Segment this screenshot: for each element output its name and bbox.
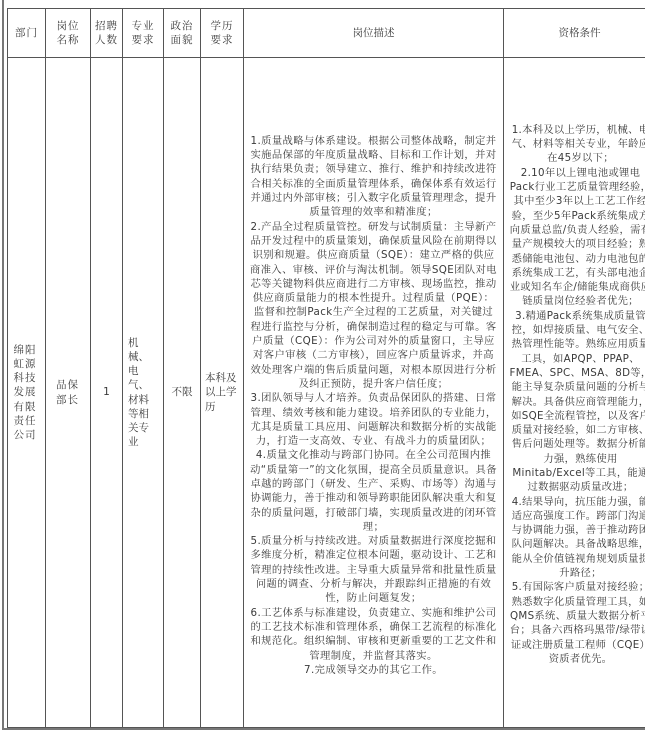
- header-headcount: 招聘人数: [91, 9, 123, 58]
- qualification-item-2: 2.10年以上锂电池或锂电Pack行业工艺质量管理经验，其中至少3年以上工艺工作…: [509, 166, 645, 309]
- description-item-7: 7.完成领导交办的其它工作。: [250, 663, 497, 677]
- cell-qualifications: 1.本科及以上学历，机械、电气、材料等相关专业，年龄应在45岁以下； 2.10年…: [504, 58, 645, 728]
- header-row: 部门 岗位名称 招聘人数 专业要求 政治面貌 学历要求 岗位描述 资格条件: [8, 9, 645, 58]
- header-political: 政治面貌: [164, 9, 201, 58]
- description-item-1: 1.质量战略与体系建设。根据公司整体战略，制定并实施品保部的年度质量战略、目标和…: [250, 134, 497, 220]
- header-education: 学历要求: [201, 9, 244, 58]
- description-item-6: 6.工艺体系与标准建设，负责建立、实施和维护公司的工艺技术标准和管理体系，确保工…: [250, 606, 497, 663]
- cell-headcount: 1: [91, 58, 123, 728]
- header-description: 岗位描述: [244, 9, 504, 58]
- recruitment-table: 部门 岗位名称 招聘人数 专业要求 政治面貌 学历要求 岗位描述 资格条件 绵阳…: [7, 8, 645, 728]
- cell-description: 1.质量战略与体系建设。根据公司整体战略，制定并实施品保部的年度质量战略、目标和…: [244, 58, 504, 728]
- qualification-item-4: 4.结果导向，抗压能力强，能适应高强度工作。跨部门沟通与协调能力强，善于推动跨团…: [509, 495, 645, 581]
- description-item-2: 2.产品全过程质量管控。研发与试制质量：主导新产品开发过程中的质量策划，确保质量…: [250, 220, 497, 392]
- qualification-item-1: 1.本科及以上学历，机械、电气、材料等相关专业，年龄应在45岁以下；: [509, 123, 645, 166]
- header-qualifications: 资格条件: [504, 9, 645, 58]
- description-item-3: 3.团队领导与人才培养。负责品保团队的搭建、日常管理、绩效考核和能力建设。培养团…: [250, 391, 497, 448]
- table-row: 绵阳虹源科技发展有限责任公司 品保部长 1 机械、电气、材料等相关专业 不限 本…: [8, 58, 645, 728]
- qualification-item-3: 3.精通Pack系统集成质量管控，如焊接质量、电气安全、热管理性能等。熟练应用质…: [509, 309, 645, 495]
- qualification-item-5: 5.有国际客户质量对接经验；熟悉数字化质量管理工具，如QMS系统、质量大数据分析…: [509, 580, 645, 666]
- cell-department: 绵阳虹源科技发展有限责任公司: [8, 58, 46, 728]
- description-item-4: 4.质量文化推动与跨部门协同。在全公司范围内推动“质量第一”的文化氛围，提高全员…: [250, 448, 497, 534]
- cell-position: 品保部长: [46, 58, 91, 728]
- bottom-rule: [2, 728, 645, 730]
- header-department: 部门: [8, 9, 46, 58]
- description-item-5: 5.质量分析与持续改进。对质量数据进行深度挖掘和多维度分析，精准定位根本问题，驱…: [250, 534, 497, 605]
- cell-education: 本科及以上学历: [201, 58, 244, 728]
- cell-major: 机械、电气、材料等相关专业: [123, 58, 164, 728]
- cell-political: 不限: [164, 58, 201, 728]
- header-major: 专业要求: [123, 9, 164, 58]
- header-position: 岗位名称: [46, 9, 91, 58]
